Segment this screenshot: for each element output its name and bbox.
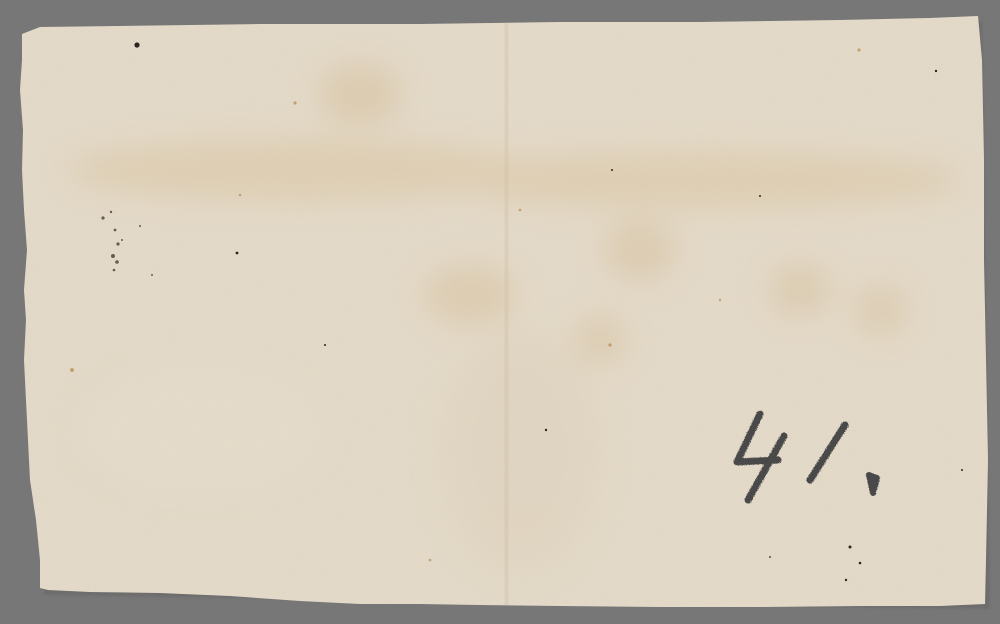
photo-stage: 41. — [0, 0, 1000, 624]
pencil-inscription: 41. — [728, 398, 898, 518]
paper-fragment — [0, 0, 1000, 624]
